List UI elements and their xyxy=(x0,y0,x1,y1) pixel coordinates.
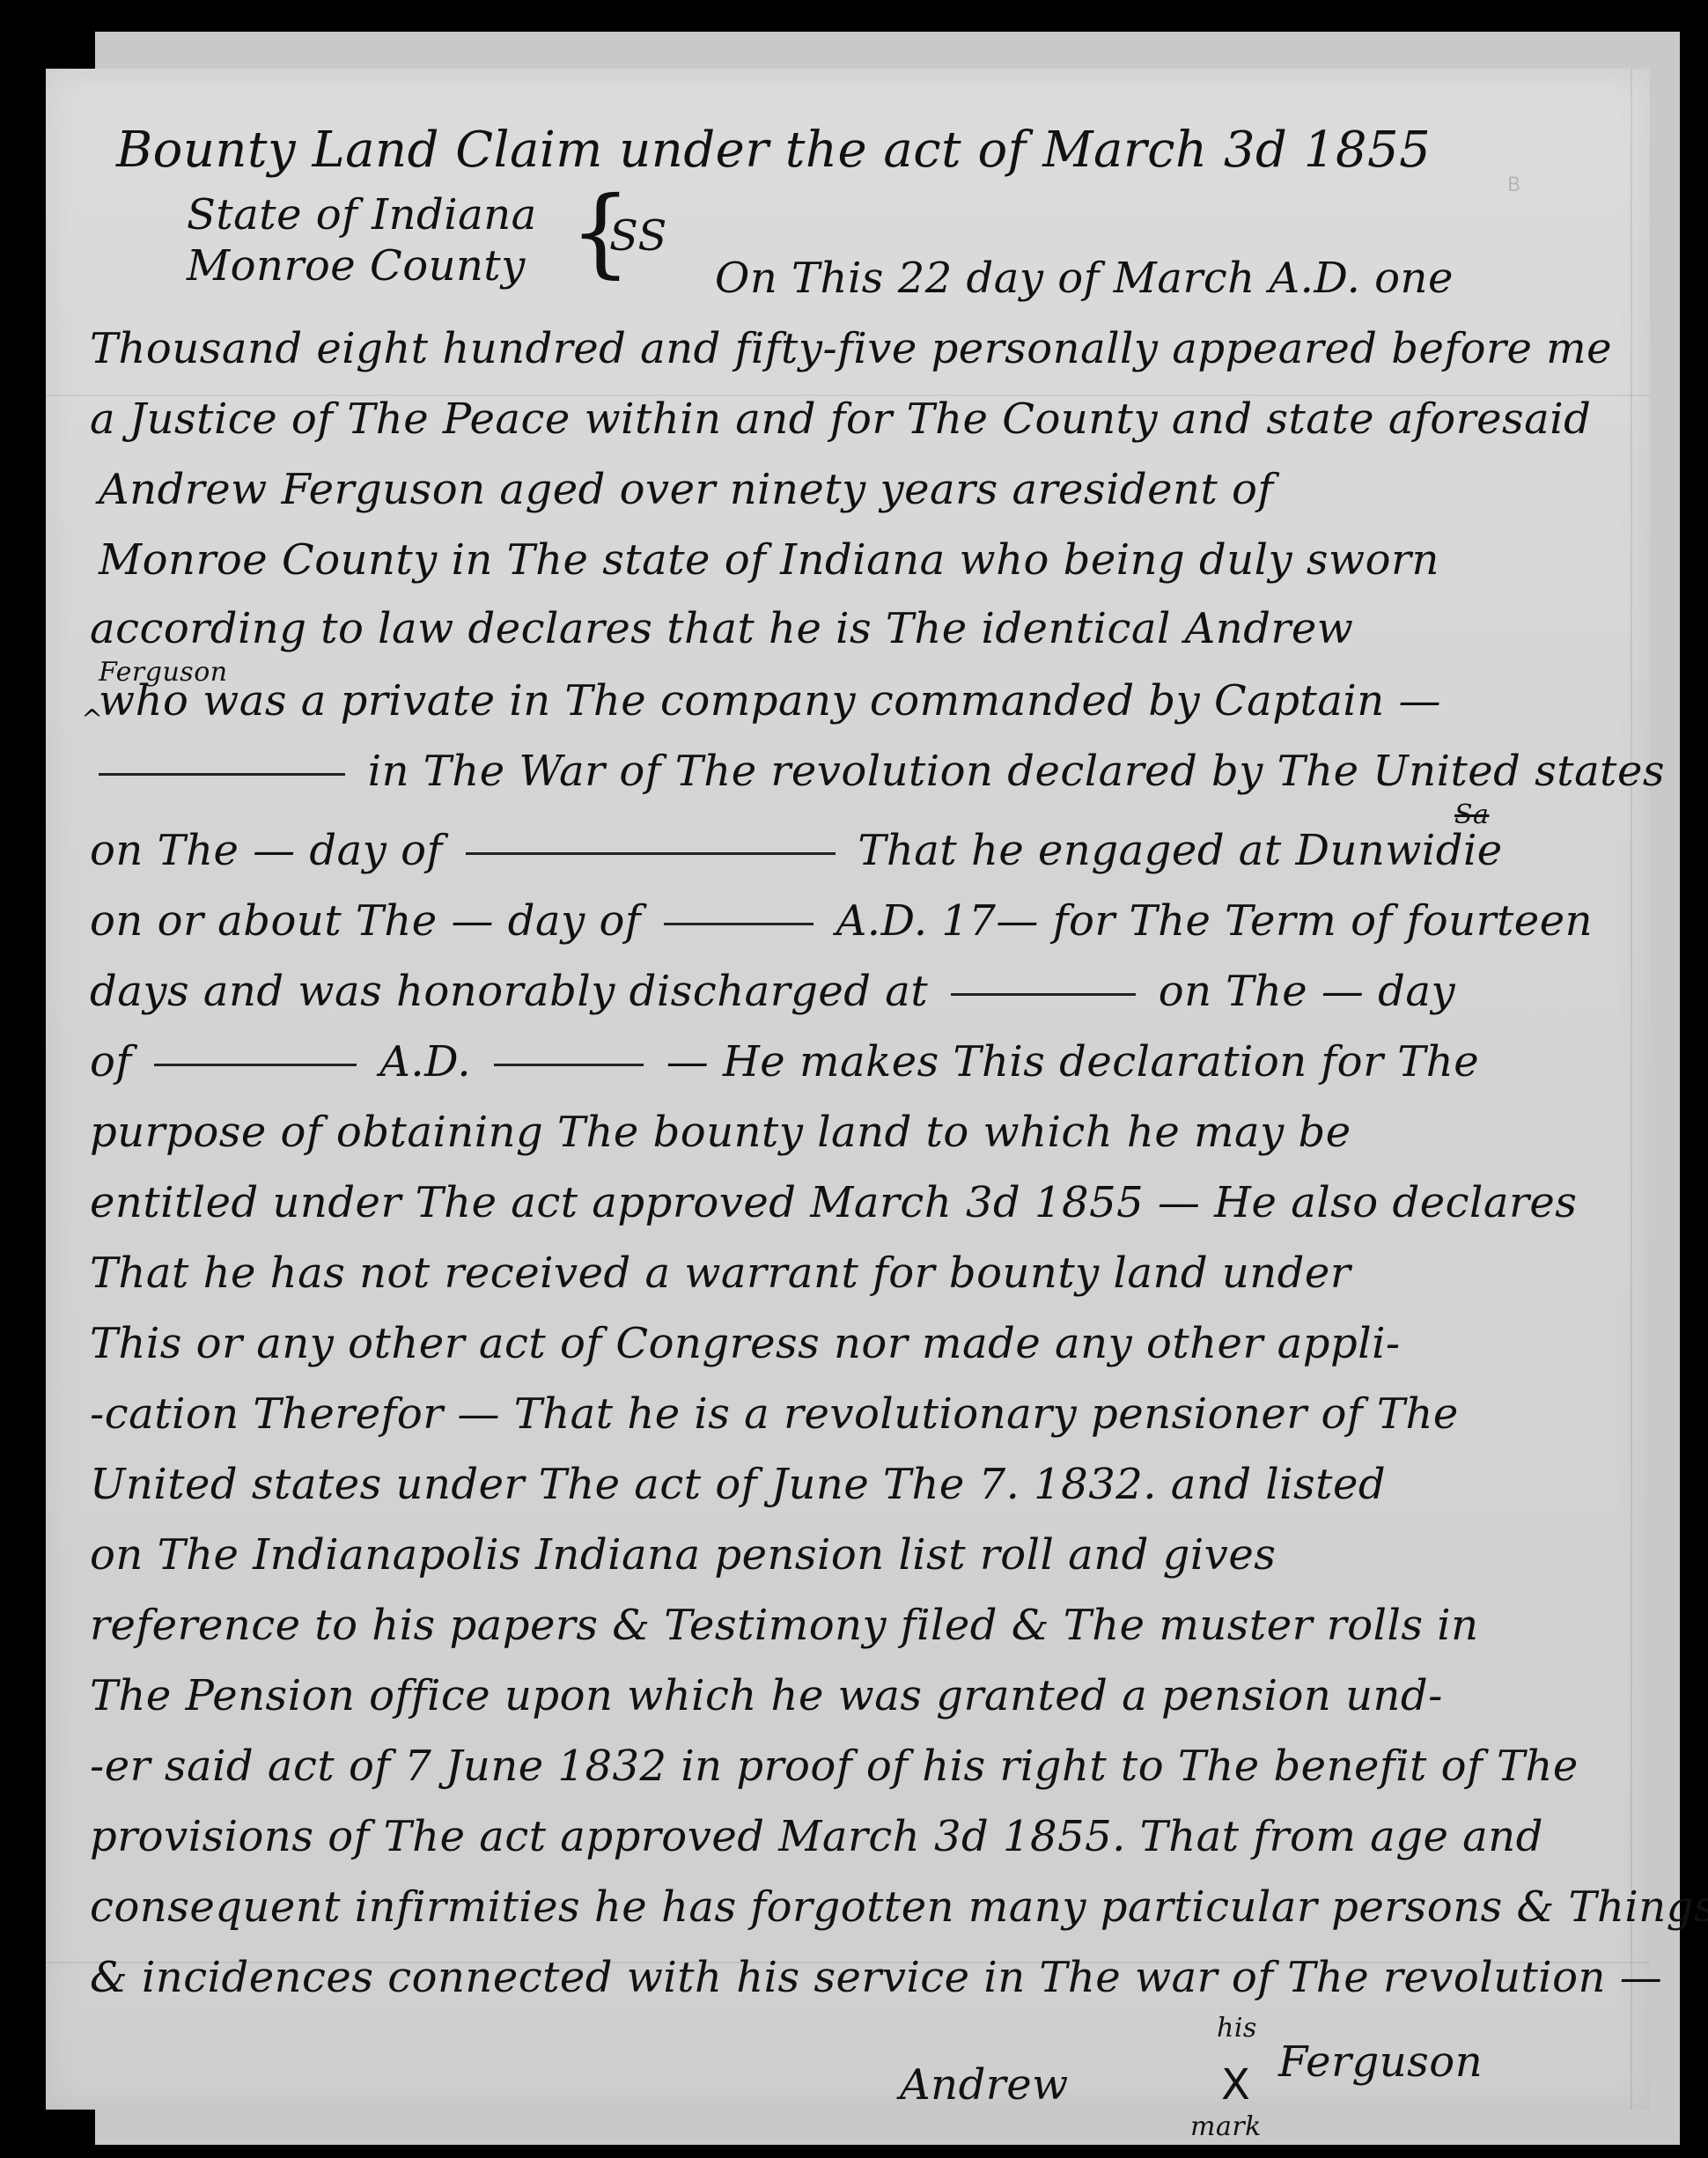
body-line-text: in The War of The revolution declared by… xyxy=(368,747,1665,796)
body-line: on The — day of That he engaged at Dunwi… xyxy=(90,826,1503,875)
body-line-text: A.D. 17— for The Term of fourteen xyxy=(836,896,1593,946)
body-line: in The War of The revolution declared by… xyxy=(90,747,1665,796)
body-line: The Pension office upon which he was gra… xyxy=(90,1671,1443,1720)
body-line: -cation Therefor — That he is a revoluti… xyxy=(90,1389,1459,1439)
venue-state: State of Indiana xyxy=(187,190,537,239)
body-line: according to law declares that he is The… xyxy=(90,604,1353,653)
document-heading: Bounty Land Claim under the act of March… xyxy=(116,122,1431,179)
document-page: B Bounty Land Claim under the act of Mar… xyxy=(46,69,1650,2110)
body-line: & incidences connected with his service … xyxy=(90,1953,1662,2002)
body-line: on or about The — day of A.D. 17— for Th… xyxy=(90,896,1593,946)
scanned-document: B Bounty Land Claim under the act of Mar… xyxy=(0,0,1708,2158)
signature-mark-label: mark xyxy=(1190,2111,1262,2142)
body-line-text: A.D. xyxy=(379,1037,471,1086)
body-line-text: That he engaged at Dunwidie xyxy=(858,826,1502,875)
body-line: -er said act of 7 June 1832 in proof of … xyxy=(90,1742,1579,1791)
body-line: reference to his papers & Testimony file… xyxy=(90,1601,1479,1650)
body-line: of A.D. — He makes This declaration for … xyxy=(90,1037,1479,1086)
signature-mark-x-icon: X xyxy=(1221,2060,1250,2110)
signature-last-name: Ferguson xyxy=(1278,2037,1483,2087)
body-line: Thousand eight hundred and fifty-five pe… xyxy=(90,324,1612,373)
body-line-text: days and was honorably discharged at xyxy=(90,967,928,1016)
blank-field xyxy=(99,773,345,776)
body-line: Monroe County in The state of Indiana wh… xyxy=(99,535,1439,585)
body-line: United states under The act of June The … xyxy=(90,1460,1386,1509)
body-line: Andrew Ferguson aged over ninety years a… xyxy=(99,465,1274,514)
blank-field xyxy=(951,993,1136,996)
body-line: who was a private in The company command… xyxy=(99,676,1441,725)
signature-first-name: Andrew xyxy=(900,2060,1069,2110)
blank-field xyxy=(154,1064,357,1066)
body-line: on The Indianapolis Indiana pension list… xyxy=(90,1530,1276,1580)
blank-field xyxy=(494,1064,644,1066)
body-line-text: on The — day of xyxy=(90,826,443,875)
body-line: entitled under The act approved March 3d… xyxy=(90,1178,1577,1227)
body-line-text: on or about The — day of xyxy=(90,896,641,946)
body-line: provisions of The act approved March 3d … xyxy=(90,1812,1543,1861)
body-line: consequent infirmities he has forgotten … xyxy=(90,1882,1708,1932)
body-line: That he has not received a warrant for b… xyxy=(90,1248,1351,1298)
body-line: a Justice of The Peace within and for Th… xyxy=(90,394,1591,444)
blank-field xyxy=(466,852,836,855)
venue-ss: SS xyxy=(609,211,667,261)
venue-county: Monroe County xyxy=(187,241,526,291)
body-line-text: of xyxy=(90,1037,132,1086)
blank-field xyxy=(664,923,814,925)
signature-his: his xyxy=(1217,2013,1257,2044)
body-line: days and was honorably discharged at on … xyxy=(90,967,1455,1016)
page-stamp: B xyxy=(1507,174,1520,196)
body-line: This or any other act of Congress nor ma… xyxy=(90,1319,1401,1368)
body-line-text: on The — day xyxy=(1159,967,1455,1016)
body-line: On This 22 day of March A.D. one xyxy=(715,254,1454,303)
body-line: purpose of obtaining The bounty land to … xyxy=(90,1108,1351,1157)
body-line-text: — He makes This declaration for The xyxy=(666,1037,1479,1086)
